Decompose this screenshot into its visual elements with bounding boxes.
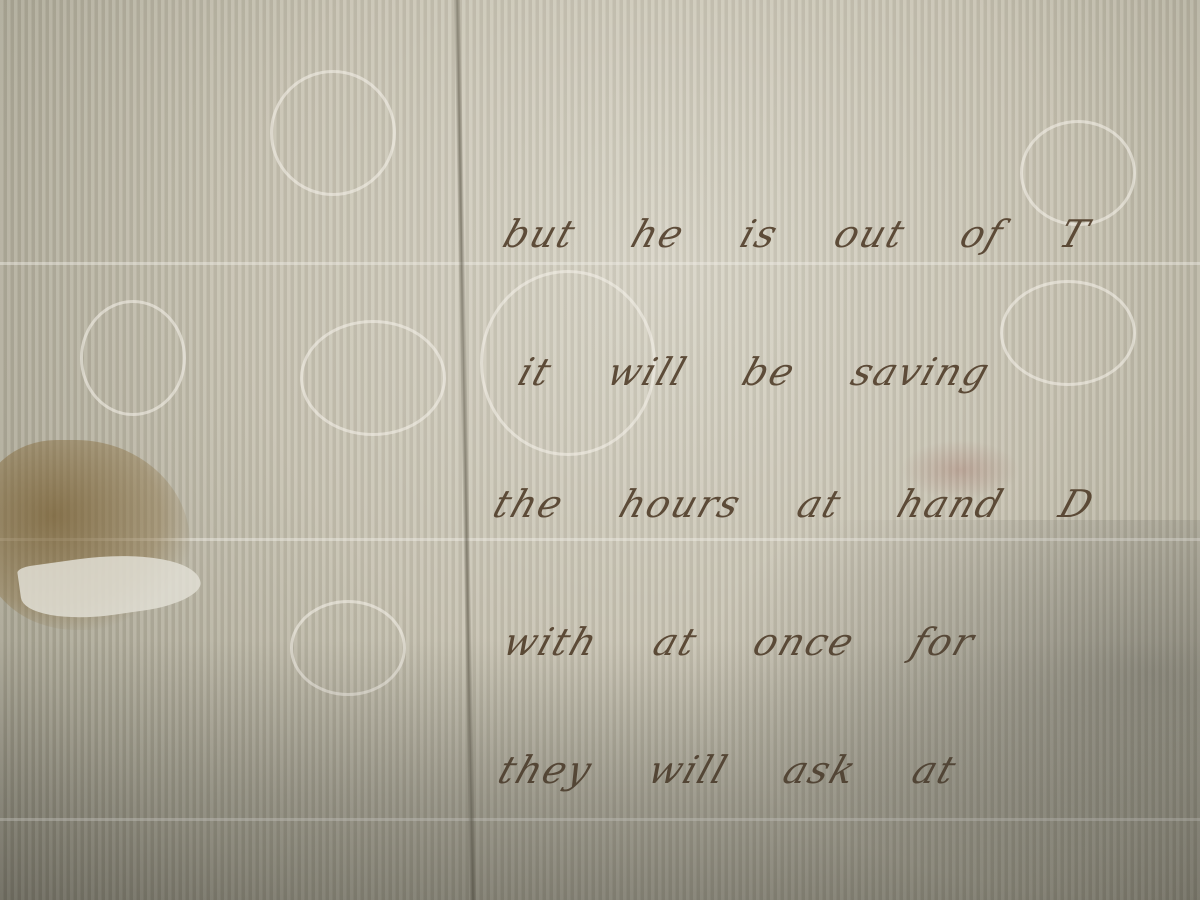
word: of <box>955 212 1010 256</box>
word: out <box>829 212 912 256</box>
handwriting-line-1: butheisoutofT <box>505 212 1147 256</box>
word: will <box>602 350 693 394</box>
word: the <box>488 482 571 526</box>
word: saving <box>846 350 997 394</box>
word: he <box>626 212 691 256</box>
fold-line <box>0 262 1200 265</box>
word: T <box>1054 212 1096 256</box>
word: be <box>737 350 802 394</box>
word: is <box>735 212 785 256</box>
watermark-scroll <box>300 320 446 436</box>
photo-shadow <box>700 520 1200 900</box>
watermark-scroll <box>270 70 396 196</box>
watermark-scroll <box>1020 120 1136 226</box>
watermark-scroll <box>80 300 186 416</box>
word: it <box>513 350 559 394</box>
word: but <box>498 212 582 256</box>
handwriting-line-2: itwillbesaving <box>520 350 1048 394</box>
